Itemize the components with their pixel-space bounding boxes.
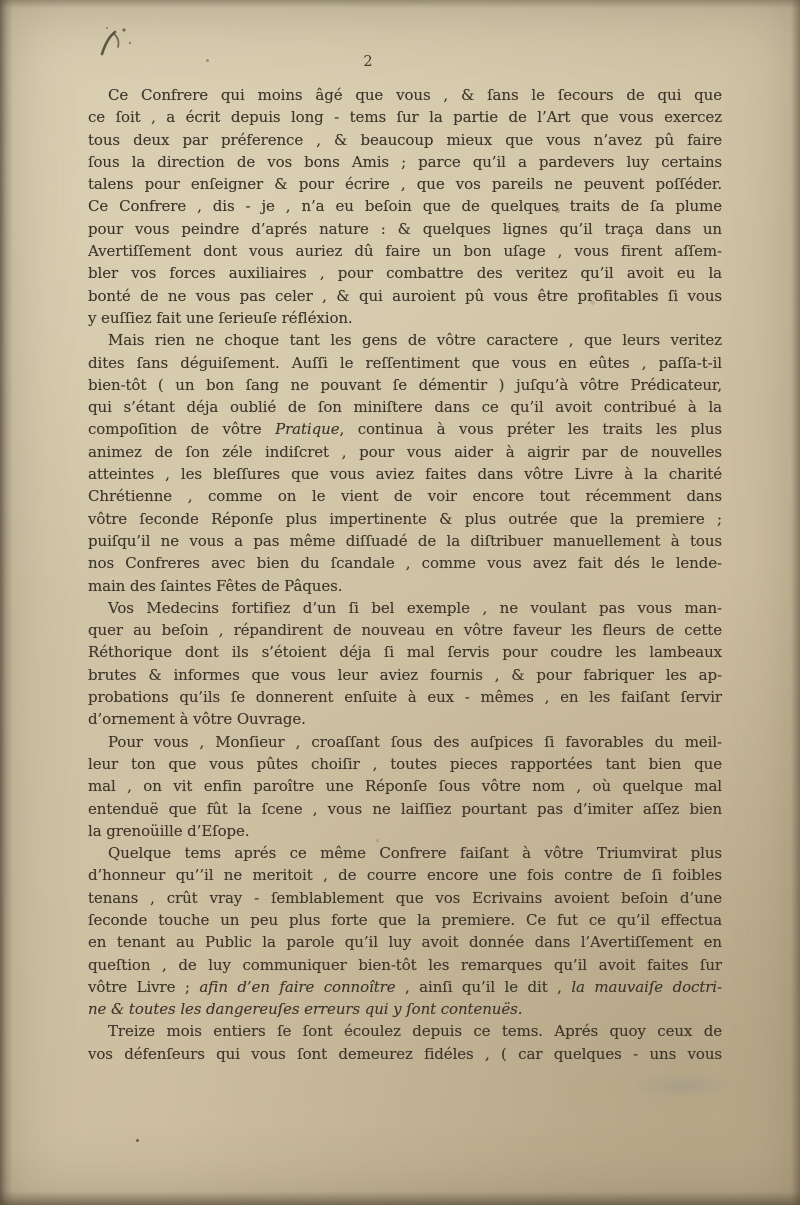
text-line: Ce Confrere , dis - je , n’a eu beſoin q… (88, 195, 722, 217)
text-line: vôtre ſeconde Réponſe plus impertinente … (88, 508, 722, 530)
text-segment: Treize mois entiers ſe ſont écoulez depu… (108, 1022, 722, 1040)
text-line: Pour vous , Monſieur , croaſſant ſous de… (88, 731, 722, 753)
text-segment: y euſſiez fait une ſerieuſe réfléxion. (88, 309, 353, 327)
paragraph: Ce Confrere qui moins âgé que vous , & ſ… (88, 84, 722, 329)
text-line: animez de ſon zéle indiſcret , pour vous… (88, 441, 722, 463)
text-segment: d’honneur qu’’il ne meritoit , de courre… (88, 866, 722, 884)
text-segment: bler vos forces auxiliaires , pour comba… (88, 264, 722, 282)
italic-text-segment: ne & toutes les dangereuſes erreurs qui … (88, 1000, 522, 1018)
text-segment: ce ſoit , a écrit depuis long - tems ſur… (88, 108, 722, 126)
text-line: probations qu’ils ſe donnerent enſuite à… (88, 686, 722, 708)
text-segment: bien-tôt ( un bon ſang ne pouvant ſe dém… (88, 376, 722, 394)
paragraph: Treize mois entiers ſe ſont écoulez depu… (88, 1020, 722, 1065)
text-segment: dites ſans déguiſement. Auſſi le reſſent… (88, 354, 722, 372)
text-line: pour vous peindre d’aprés nature : & que… (88, 218, 722, 240)
text-line: entenduë que fût la ſcene , vous ne laiſ… (88, 798, 722, 820)
text-line: Vos Medecins fortifiez d’un ſi bel exemp… (88, 597, 722, 619)
text-line: atteintes , les bleſſures que vous aviez… (88, 463, 722, 485)
text-segment: bonté de ne vous pas celer , & qui auroi… (88, 287, 722, 305)
ink-mark (94, 24, 142, 60)
text-segment: ſeconde touche un peu plus forte que la … (88, 911, 722, 929)
text-line: tous deux par préference , & beaucoup mi… (88, 129, 722, 151)
text-line: Avertiſſement dont vous auriez dû faire … (88, 240, 722, 262)
text-segment: qui s’étant déja oublié de ſon miniſtere… (88, 398, 722, 416)
text-line: Treize mois entiers ſe ſont écoulez depu… (88, 1020, 722, 1042)
text-segment: tous deux par préference , & beaucoup mi… (88, 131, 722, 149)
text-line: dites ſans déguiſement. Auſſi le reſſent… (88, 352, 722, 374)
text-block: Ce Confrere qui moins âgé que vous , & ſ… (88, 84, 722, 1065)
text-segment: compoſition de vôtre (88, 420, 275, 438)
text-line: talens pour enſeigner & pour écrire , qu… (88, 173, 722, 195)
text-segment: Chrétienne , comme on le vient de voir e… (88, 487, 722, 505)
text-segment: Avertiſſement dont vous auriez dû faire … (88, 242, 722, 260)
text-segment: brutes & informes que vous leur aviez fo… (88, 666, 722, 684)
text-segment: vos défenſeurs qui vous ſont demeurez fi… (88, 1045, 722, 1063)
text-line: qui s’étant déja oublié de ſon miniſtere… (88, 396, 722, 418)
text-segment: tenans , crût vray - ſemblablement que v… (88, 889, 722, 907)
text-line: Réthorique dont ils s’étoient déja ſi ma… (88, 641, 722, 663)
text-line: main des ſaintes Fêtes de Pâques. (88, 575, 722, 597)
text-line: bler vos forces auxiliaires , pour comba… (88, 262, 722, 284)
text-segment: talens pour enſeigner & pour écrire , qu… (88, 175, 722, 193)
text-line: bien-tôt ( un bon ſang ne pouvant ſe dém… (88, 374, 722, 396)
text-segment: leur ton que vous pûtes choiſir , toutes… (88, 755, 722, 773)
text-line: y euſſiez fait une ſerieuſe réfléxion. (88, 307, 722, 329)
text-segment: d’ornement à vôtre Ouvrage. (88, 710, 306, 728)
text-line: puiſqu’il ne vous a pas même diſſuadé de… (88, 530, 722, 552)
text-line: ſous la direction de vos bons Amis ; par… (88, 151, 722, 173)
page-number: 2 (354, 54, 382, 70)
text-segment: queſtion , de luy communiquer bien-tôt l… (88, 956, 722, 974)
paragraph: Mais rien ne choque tant les gens de vôt… (88, 329, 722, 597)
text-segment: Réthorique dont ils s’étoient déja ſi ma… (88, 643, 722, 661)
text-line: d’honneur qu’’il ne meritoit , de courre… (88, 864, 722, 886)
faint-stain-mark (634, 1074, 730, 1098)
text-line: ſeconde touche un peu plus forte que la … (88, 909, 722, 931)
text-segment: la grenoüille d’Eſope. (88, 822, 250, 840)
text-segment: main des ſaintes Fêtes de Pâques. (88, 577, 342, 595)
text-line: nos Confreres avec bien du ſcandale , co… (88, 552, 722, 574)
text-segment: animez de ſon zéle indiſcret , pour vous… (88, 443, 722, 461)
text-line: la grenoüille d’Eſope. (88, 820, 722, 842)
text-segment: vôtre Livre ; (88, 978, 199, 996)
page-edge-bottom (0, 1191, 800, 1205)
paragraph: Quelque tems aprés ce même Confrere faiſ… (88, 842, 722, 1020)
page-edge-left (0, 0, 13, 1205)
italic-text-segment: Pratique (275, 420, 339, 438)
text-segment: Ce Confrere qui moins âgé que vous , & ſ… (108, 86, 722, 104)
text-line: mal , on vit enfin paroître une Réponſe … (88, 775, 722, 797)
paper-specks (136, 1139, 139, 1142)
text-segment: probations qu’ils ſe donnerent enſuite à… (88, 688, 722, 706)
text-line: vos défenſeurs qui vous ſont demeurez fi… (88, 1043, 722, 1065)
paragraph: Vos Medecins fortifiez d’un ſi bel exemp… (88, 597, 722, 731)
text-line: compoſition de vôtre Pratique, continua … (88, 418, 722, 440)
text-segment: ſous la direction de vos bons Amis ; par… (88, 153, 722, 171)
text-segment: atteintes , les bleſſures que vous aviez… (88, 465, 722, 483)
text-segment: vôtre ſeconde Réponſe plus impertinente … (88, 510, 722, 528)
text-segment: Ce Confrere , dis - je , n’a eu beſoin q… (88, 197, 722, 215)
text-line: Quelque tems aprés ce même Confrere faiſ… (88, 842, 722, 864)
text-segment: pour vous peindre d’aprés nature : & que… (88, 220, 722, 238)
page-edge-top (0, 0, 800, 8)
text-segment: en tenant au Public la parole qu’il luy … (88, 933, 722, 951)
text-line: quer au beſoin , répandirent de nouveau … (88, 619, 722, 641)
paragraph: Pour vous , Monſieur , croaſſant ſous de… (88, 731, 722, 842)
text-line: en tenant au Public la parole qu’il luy … (88, 931, 722, 953)
italic-text-segment: la mauvaiſe doctri- (571, 978, 722, 996)
text-segment: Mais rien ne choque tant les gens de vôt… (108, 331, 722, 349)
text-line: Mais rien ne choque tant les gens de vôt… (88, 329, 722, 351)
text-segment: Quelque tems aprés ce même Confrere faiſ… (108, 844, 722, 862)
text-segment: quer au beſoin , répandirent de nouveau … (88, 621, 722, 639)
text-segment: puiſqu’il ne vous a pas même diſſuadé de… (88, 532, 722, 550)
text-line: leur ton que vous pûtes choiſir , toutes… (88, 753, 722, 775)
text-line: d’ornement à vôtre Ouvrage. (88, 708, 722, 730)
text-segment: entenduë que fût la ſcene , vous ne laiſ… (88, 800, 722, 818)
book-page: 2 Ce Confrere qui moins âgé que vous , &… (0, 0, 800, 1205)
text-line: brutes & informes que vous leur aviez fo… (88, 664, 722, 686)
text-segment: , continua à vous préter les traits les … (339, 420, 722, 438)
text-segment: , ainſi qu’il le dit , (396, 978, 572, 996)
text-line: vôtre Livre ; afin d’en faire connoître … (88, 976, 722, 998)
text-segment: mal , on vit enfin paroître une Réponſe … (88, 777, 722, 795)
text-segment: Pour vous , Monſieur , croaſſant ſous de… (108, 733, 722, 751)
text-line: bonté de ne vous pas celer , & qui auroi… (88, 285, 722, 307)
text-line: ne & toutes les dangereuſes erreurs qui … (88, 998, 722, 1020)
italic-text-segment: afin d’en faire connoître (199, 978, 395, 996)
text-line: ce ſoit , a écrit depuis long - tems ſur… (88, 106, 722, 128)
text-line: queſtion , de luy communiquer bien-tôt l… (88, 954, 722, 976)
page-edge-right (791, 0, 800, 1205)
text-line: Ce Confrere qui moins âgé que vous , & ſ… (88, 84, 722, 106)
text-line: tenans , crût vray - ſemblablement que v… (88, 887, 722, 909)
text-segment: Vos Medecins fortifiez d’un ſi bel exemp… (108, 599, 722, 617)
text-line: Chrétienne , comme on le vient de voir e… (88, 485, 722, 507)
text-segment: nos Confreres avec bien du ſcandale , co… (88, 554, 722, 572)
